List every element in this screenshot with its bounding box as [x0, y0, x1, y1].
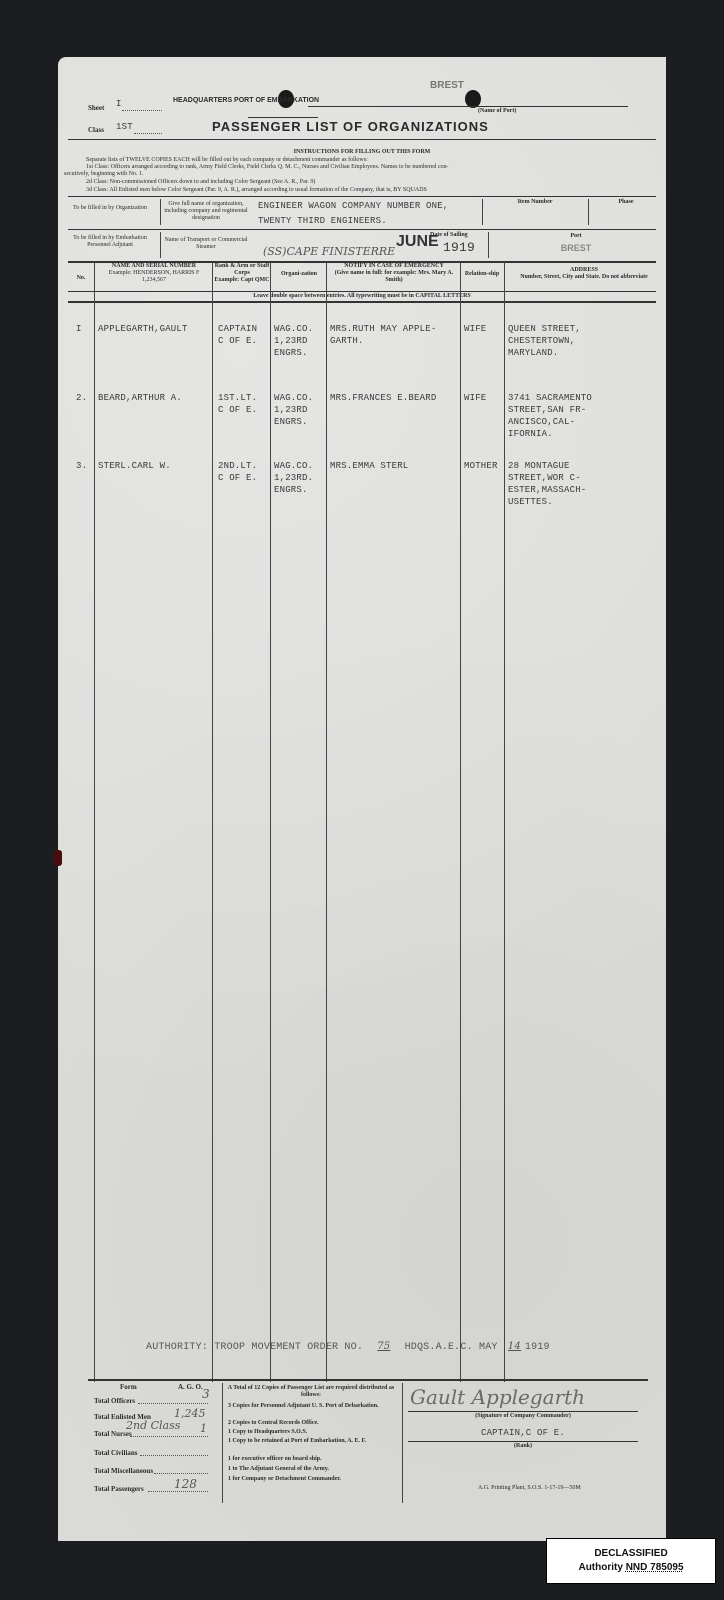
- dotted-leader: [130, 1436, 208, 1437]
- authority-day: 14: [504, 1341, 525, 1352]
- col-header-name: NAME AND SERIAL NUMBER Example: HENDERSO…: [96, 263, 212, 284]
- printer-imprint: A.G. Printing Plant, S.O.S. 1-17-19—50M: [478, 1485, 581, 1492]
- port-label: Port: [488, 233, 664, 240]
- org-line: WAG.CO.: [274, 460, 313, 472]
- total-civilians-label: Total Civilians: [94, 1449, 138, 1457]
- signature-caption: (Signature of Company Commander): [408, 1413, 638, 1420]
- row-address: 28 MONTAGUE STREET,WOR C- ESTER,MASSACH-…: [508, 460, 586, 508]
- column-divider: [94, 262, 95, 1382]
- divider: [402, 1383, 403, 1503]
- form-value: A. G. O.: [178, 1383, 203, 1391]
- rank-line: 2ND.LT.: [218, 460, 257, 472]
- row-name: STERL.CARL W.: [98, 460, 171, 472]
- port-stamp: BREST: [430, 80, 464, 91]
- address-line: ESTER,MASSACH-: [508, 484, 586, 496]
- document-page: Sheet I Class 1ST HEADQUARTERS PORT OF E…: [58, 57, 666, 1541]
- sailing-label: Date of Sailing: [430, 232, 468, 239]
- row-no: 3.: [76, 460, 87, 472]
- transport-value: (SS)CAPE FINISTERRE: [263, 245, 395, 258]
- address-line: ANCISCO,CAL-: [508, 416, 592, 428]
- distribution-heading: A Total of 12 Copies of Passenger List a…: [226, 1385, 396, 1399]
- authority-mid: HDQS.A.E.C. MAY: [405, 1342, 498, 1353]
- class-underline: [134, 133, 162, 134]
- row-no: I: [76, 323, 82, 335]
- org-line: ENGRS.: [274, 347, 313, 359]
- total-nurses-label: Total Nurses: [94, 1430, 132, 1438]
- notify-line: MRS.FRANCES E.BEARD: [330, 392, 436, 404]
- instructions-line: Separate lists of TWELVE COPIES EACH wil…: [86, 157, 661, 164]
- column-divider: [504, 262, 505, 1382]
- org-line: 1,23RD.: [274, 472, 313, 484]
- address-line: 28 MONTAGUE: [508, 460, 586, 472]
- authority-line: AUTHORITY: TROOP MOVEMENT ORDER NO. 75 H…: [146, 1341, 550, 1354]
- col-header-relation: Relation-ship: [462, 271, 502, 278]
- page-title: PASSENGER LIST OF ORGANIZATIONS: [212, 119, 489, 134]
- rank-line: C OF E.: [218, 472, 257, 484]
- row-notify: MRS.FRANCES E.BEARD: [330, 392, 436, 404]
- transport-hint: Name of Transport or Commercial Steamer: [164, 237, 248, 251]
- rank-line: C OF E.: [218, 404, 257, 416]
- sailing-year: 1919: [443, 242, 475, 254]
- col-header-org: Organi-zation: [272, 271, 326, 278]
- address-line: 3741 SACRAMENTO: [508, 392, 592, 404]
- address-line: MARYLAND.: [508, 347, 581, 359]
- dotted-leader: [140, 1455, 208, 1456]
- row-rank: 1ST.LT. C OF E.: [218, 392, 257, 416]
- rank-caption: (Rank): [408, 1443, 638, 1450]
- row-address: 3741 SACRAMENTO STREET,SAN FR- ANCISCO,C…: [508, 392, 592, 440]
- address-line: QUEEN STREET,: [508, 323, 581, 335]
- column-divider: [212, 262, 213, 1382]
- row-name: BEARD,ARTHUR A.: [98, 392, 182, 404]
- org-line: ENGRS.: [274, 484, 313, 496]
- signature-line: [408, 1411, 638, 1412]
- address-line: CHESTERTOWN,: [508, 335, 581, 347]
- hq-underline: [248, 117, 318, 118]
- row-org: WAG.CO. 1,23RD. ENGRS.: [274, 460, 313, 496]
- org-line: 1,23RD: [274, 335, 313, 347]
- rule: [68, 196, 656, 197]
- notify-line: MRS.EMMA STERL: [330, 460, 408, 472]
- distribution-item: 1 for executive officer on board ship.: [228, 1456, 396, 1463]
- address-line: STREET,SAN FR-: [508, 404, 592, 416]
- port-line: [308, 106, 628, 107]
- declassified-authority: Authority NND 785095: [547, 1561, 715, 1575]
- rule: [88, 1379, 648, 1381]
- org-line: WAG.CO.: [274, 392, 313, 404]
- instructions-line: 3d Class: All Enlisted men below Color S…: [86, 187, 661, 194]
- hq-text: HEADQUARTERS PORT OF EMBARKATION: [173, 97, 319, 104]
- divider: [160, 232, 161, 258]
- authority-prefix: Authority: [578, 1562, 622, 1573]
- col-header-address-label: ADDRESS: [506, 267, 662, 274]
- col-header-name-sub: Example: HENDERSON, HARRIS F 1,234,567: [96, 270, 212, 284]
- rule: [68, 291, 656, 292]
- org-hint: Give full name of organization, includin…: [164, 201, 248, 222]
- instructions-heading: INSTRUCTIONS FOR FILLING OUT THIS FORM: [58, 149, 666, 156]
- total-nurses-value: 1: [200, 1422, 207, 1435]
- total-officers-label: Total Officers: [94, 1397, 135, 1405]
- dotted-leader: [154, 1473, 208, 1474]
- col-header-notify: NOTIFY IN CASE OF EMERGENCY (Give name i…: [328, 263, 460, 284]
- sheet-value: I: [116, 98, 122, 110]
- address-line: USETTES.: [508, 496, 586, 508]
- col-header-rank: Rank & Arm or Staff Corps Example: Capt …: [214, 263, 270, 284]
- divider: [160, 199, 161, 225]
- declassified-title: DECLASSIFIED: [547, 1547, 715, 1561]
- signature: Gault Applegarth: [410, 1385, 585, 1409]
- org-line-1: ENGINEER WAGON COMPANY NUMBER ONE,: [258, 200, 448, 212]
- item-number-label: Item Number: [482, 199, 588, 206]
- col-header-notify-sub: (Give name in full: for example: Mrs. Ma…: [328, 270, 460, 284]
- authority-order-no: 75: [369, 1341, 398, 1352]
- phase-label: Phase: [588, 199, 664, 206]
- rule: [68, 229, 656, 230]
- rank-value: CAPTAIN,C OF E.: [408, 1427, 638, 1439]
- col-header-name-label: NAME AND SERIAL NUMBER: [96, 263, 212, 270]
- notify-line: GARTH.: [330, 335, 436, 347]
- row-relation: WIFE: [464, 392, 486, 404]
- divider: [222, 1383, 223, 1503]
- row-name: APPLEGARTH,GAULT: [98, 323, 188, 335]
- table-note: Leave double space between entries. All …: [58, 293, 666, 300]
- rank-line: C OF E.: [218, 335, 257, 347]
- address-line: IFORNIA.: [508, 428, 592, 440]
- column-divider: [270, 262, 271, 1382]
- paper-stain: [54, 850, 62, 866]
- row-notify: MRS.EMMA STERL: [330, 460, 408, 472]
- row-org: WAG.CO. 1,23RD ENGRS.: [274, 392, 313, 428]
- port-caption: (Name of Port): [478, 108, 516, 115]
- distribution-item: 3 Copies for Personnel Adjutant U. S. Po…: [228, 1403, 396, 1410]
- org-line: 1,23RD: [274, 404, 313, 416]
- total-passengers-label: Total Passengers: [94, 1485, 144, 1493]
- class-value: 1ST: [116, 121, 133, 133]
- class-label: Class: [88, 126, 104, 134]
- notify-line: MRS.RUTH MAY APPLE-: [330, 323, 436, 335]
- sheet-label: Sheet: [88, 104, 104, 112]
- dotted-leader: [148, 1491, 208, 1492]
- instructions-line: secutively, beginning with No. 1.: [64, 171, 639, 178]
- distribution-item: 1 Copy to Headquarters S.O.S.: [228, 1429, 396, 1436]
- distribution-item: 1 Copy to be retained at Port of Embarka…: [228, 1438, 396, 1445]
- declassified-label: DECLASSIFIED Authority NND 785095: [546, 1538, 716, 1584]
- column-divider: [326, 262, 327, 1382]
- total-passengers-value: 128: [174, 1477, 197, 1491]
- org-line: ENGRS.: [274, 416, 313, 428]
- col-header-rank-label: Rank & Arm or Staff Corps: [214, 263, 270, 277]
- distribution-item: 1 for Company or Detachment Commander.: [228, 1476, 396, 1483]
- dotted-leader: [138, 1403, 208, 1404]
- row-relation: WIFE: [464, 323, 486, 335]
- port-value: BREST: [488, 243, 664, 253]
- filled-by-org-label: To be filled in by Organization: [70, 205, 150, 212]
- title-rule: [68, 139, 656, 140]
- row-no: 2.: [76, 392, 87, 404]
- col-header-no: No.: [68, 275, 94, 282]
- column-divider: [460, 262, 461, 1382]
- row-notify: MRS.RUTH MAY APPLE- GARTH.: [330, 323, 436, 347]
- rank-line: 1ST.LT.: [218, 392, 257, 404]
- form-label: Form: [120, 1383, 137, 1391]
- instructions-line: 1st Class: Officers arranged according t…: [86, 164, 661, 171]
- total-officers-value: 3: [202, 1387, 210, 1401]
- total-misc-label: Total Miscellaneous: [94, 1467, 153, 1475]
- distribution-item: 2 Copies to Central Records Office.: [228, 1420, 396, 1427]
- col-header-address-sub: Number, Street, City and State. Do not a…: [506, 274, 662, 281]
- row-relation: MOTHER: [464, 460, 498, 472]
- col-header-rank-sub: Example: Capt QMC: [214, 277, 270, 284]
- rule: [68, 301, 656, 303]
- org-line: WAG.CO.: [274, 323, 313, 335]
- rank-line: CAPTAIN: [218, 323, 257, 335]
- total-enlisted-note: 2nd Class: [126, 1419, 180, 1432]
- row-rank: CAPTAIN C OF E.: [218, 323, 257, 347]
- row-rank: 2ND.LT. C OF E.: [218, 460, 257, 484]
- org-line-2: TWENTY THIRD ENGINEERS.: [258, 215, 387, 227]
- distribution-item: 1 to The Adjutant General of the Army.: [228, 1466, 396, 1473]
- col-header-notify-label: NOTIFY IN CASE OF EMERGENCY: [328, 263, 460, 270]
- rank-line: [408, 1441, 638, 1442]
- authority-code: NND 785095: [626, 1562, 684, 1573]
- filled-by-adj-label: To be filled in by Embarkation Personnel…: [70, 235, 150, 249]
- authority-year: 1919: [525, 1342, 550, 1353]
- sheet-underline: [122, 110, 162, 111]
- col-header-address: ADDRESS Number, Street, City and State. …: [506, 267, 662, 281]
- row-address: QUEEN STREET, CHESTERTOWN, MARYLAND.: [508, 323, 581, 359]
- row-org: WAG.CO. 1,23RD ENGRS.: [274, 323, 313, 359]
- instructions-line: 2d Class: Non-commissioned Officers down…: [86, 179, 661, 186]
- address-line: STREET,WOR C-: [508, 472, 586, 484]
- authority-prefix: AUTHORITY: TROOP MOVEMENT ORDER NO.: [146, 1342, 363, 1353]
